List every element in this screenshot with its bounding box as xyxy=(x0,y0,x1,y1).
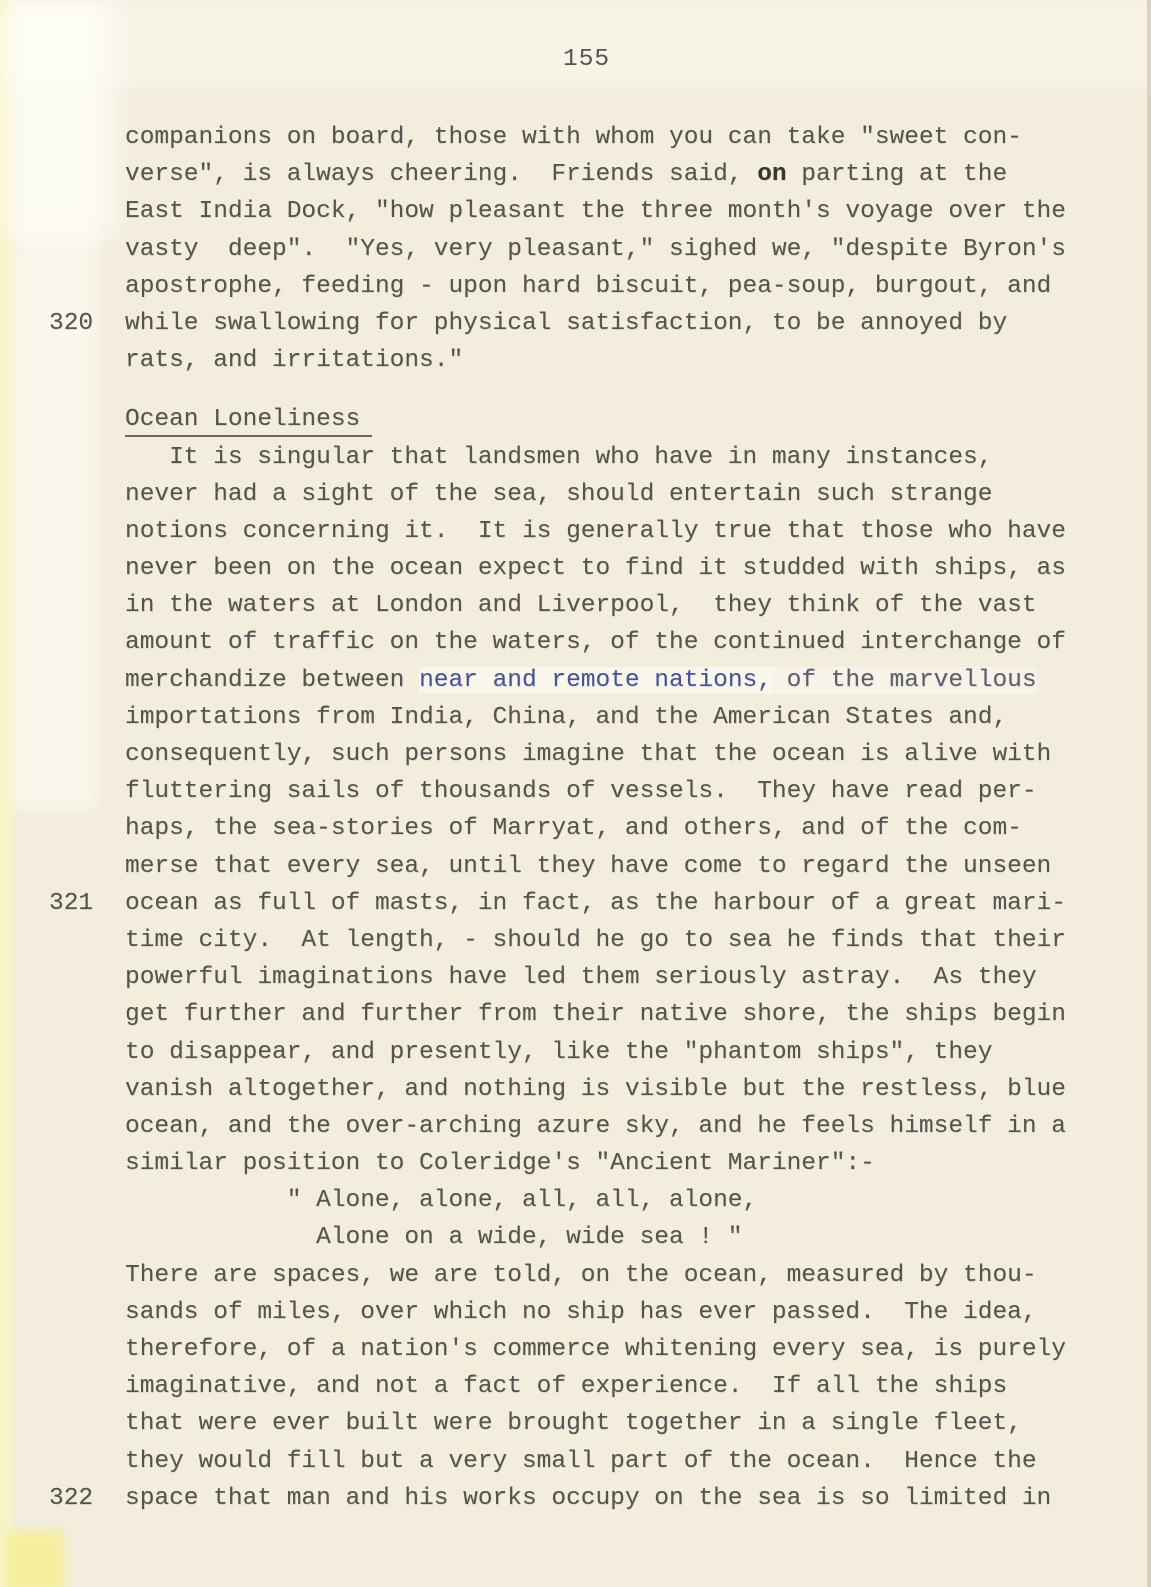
text-line: amount of traffic on the waters, of the … xyxy=(125,624,1115,661)
text-line: " Alone, alone, all, all, alone, xyxy=(125,1182,1115,1219)
section-heading: Ocean Loneliness xyxy=(125,406,372,437)
text-segment: fluttering sails of thousands of vessels… xyxy=(125,778,1037,805)
text-segment: powerful imaginations have led them seri… xyxy=(125,964,1037,991)
text-line: to disappear, and presently, like the "p… xyxy=(125,1034,1115,1071)
text-line: that were ever built were brought togeth… xyxy=(125,1405,1115,1442)
text-segment-emph: on xyxy=(757,161,786,188)
text-segment: to disappear, and presently, like the "p… xyxy=(125,1039,992,1066)
text-line: apostrophe, feeding - upon hard biscuit,… xyxy=(125,268,1115,305)
text-segment: Alone on a wide, wide sea ! " xyxy=(316,1224,742,1251)
text-segment: rats, and irritations." xyxy=(125,347,463,374)
text-segment: merse that every sea, until they have co… xyxy=(125,853,1051,880)
text-line: Alone on a wide, wide sea ! " xyxy=(125,1219,1115,1256)
text-line: never been on the ocean expect to find i… xyxy=(125,550,1115,587)
text-segment: vasty deep". "Yes, very pleasant," sighe… xyxy=(125,236,1066,263)
text-segment-blue: near and remote nations, xyxy=(419,667,772,694)
text-segment: parting at the xyxy=(787,161,1008,188)
text-line: 320while swallowing for physical satisfa… xyxy=(125,305,1115,342)
text-line: merchandize between near and remote nati… xyxy=(125,662,1115,699)
text-line: merse that every sea, until they have co… xyxy=(125,848,1115,885)
text-line: they would fill but a very small part of… xyxy=(125,1443,1115,1480)
text-line: time city. At length, - should he go to … xyxy=(125,922,1115,959)
page-number: 155 xyxy=(563,46,610,73)
text-line: importations from India, China, and the … xyxy=(125,699,1115,736)
paragraph-gap xyxy=(125,379,1115,401)
text-line: imaginative, and not a fact of experienc… xyxy=(125,1368,1115,1405)
text-line: ocean, and the over-arching azure sky, a… xyxy=(125,1108,1115,1145)
text-segment: therefore, of a nation's commerce whiten… xyxy=(125,1336,1066,1363)
text-segment: importations from India, China, and the … xyxy=(125,704,1007,731)
text-line: It is singular that landsmen who have in… xyxy=(125,439,1115,476)
paper-top-sheen xyxy=(0,0,1151,90)
text-line: fluttering sails of thousands of vessels… xyxy=(125,773,1115,810)
margin-number: 321 xyxy=(49,885,93,922)
text-line: in the waters at London and Liverpool, t… xyxy=(125,587,1115,624)
text-line: East India Dock, "how pleasant the three… xyxy=(125,193,1115,230)
text-segment: sands of miles, over which no ship has e… xyxy=(125,1299,1037,1326)
paper-right-edge xyxy=(1147,0,1151,1587)
text-segment: " Alone, alone, all, all, alone, xyxy=(287,1187,757,1214)
text-segment: ocean, and the over-arching azure sky, a… xyxy=(125,1113,1066,1140)
text-segment: ocean as full of masts, in fact, as the … xyxy=(125,890,1066,917)
text-segment: amount of traffic on the waters, of the … xyxy=(125,629,1066,656)
text-line: never had a sight of the sea, should ent… xyxy=(125,476,1115,513)
text-line: notions concerning it. It is generally t… xyxy=(125,513,1115,550)
section-heading-line: Ocean Loneliness xyxy=(125,401,1115,438)
margin-number: 322 xyxy=(49,1480,93,1517)
text-segment: get further and further from their nativ… xyxy=(125,1001,1066,1028)
text-segment: merchandize between xyxy=(125,667,419,694)
text-line: There are spaces, we are told, on the oc… xyxy=(125,1257,1115,1294)
text-line: get further and further from their nativ… xyxy=(125,996,1115,1033)
text-segment: East India Dock, "how pleasant the three… xyxy=(125,198,1066,225)
text-segment: while swallowing for physical satisfacti… xyxy=(125,310,1007,337)
text-segment: notions concerning it. It is generally t… xyxy=(125,518,1066,545)
margin-number: 320 xyxy=(49,305,93,342)
text-line: companions on board, those with whom you… xyxy=(125,119,1115,156)
text-line: 321ocean as full of masts, in fact, as t… xyxy=(125,885,1115,922)
text-segment: imaginative, and not a fact of experienc… xyxy=(125,1373,1007,1400)
text-segment: haps, the sea-stories of Marryat, and ot… xyxy=(125,815,1022,842)
text-line: similar position to Coleridge's "Ancient… xyxy=(125,1145,1115,1182)
text-segment: that were ever built were brought togeth… xyxy=(125,1410,1022,1437)
text-line: therefore, of a nation's commerce whiten… xyxy=(125,1331,1115,1368)
text-line: verse", is always cheering. Friends said… xyxy=(125,156,1115,193)
text-segment: apostrophe, feeding - upon hard biscuit,… xyxy=(125,273,1051,300)
text-segment: There are spaces, we are told, on the oc… xyxy=(125,1262,1037,1289)
text-line: vanish altogether, and nothing is visibl… xyxy=(125,1071,1115,1108)
text-segment: never been on the ocean expect to find i… xyxy=(125,555,1066,582)
text-line: consequently, such persons imagine that … xyxy=(125,736,1115,773)
text-segment: consequently, such persons imagine that … xyxy=(125,741,1051,768)
text-line: sands of miles, over which no ship has e… xyxy=(125,1294,1115,1331)
text-segment: verse", is always cheering. Friends said… xyxy=(125,161,757,188)
text-body: companions on board, those with whom you… xyxy=(125,119,1115,1517)
text-segment: never had a sight of the sea, should ent… xyxy=(125,481,992,508)
text-segment: similar position to Coleridge's "Ancient… xyxy=(125,1150,875,1177)
text-line: powerful imaginations have led them seri… xyxy=(125,959,1115,996)
text-segment: space that man and his works occupy on t… xyxy=(125,1485,1051,1512)
text-segment: time city. At length, - should he go to … xyxy=(125,927,1066,954)
paper-corner-stain xyxy=(6,1531,64,1587)
text-line: rats, and irritations." xyxy=(125,342,1115,379)
text-segment: in the waters at London and Liverpool, t… xyxy=(125,592,1037,619)
text-segment: they would fill but a very small part of… xyxy=(125,1448,1037,1475)
text-segment: It is singular that landsmen who have in… xyxy=(169,444,992,471)
text-segment: companions on board, those with whom you… xyxy=(125,124,1022,151)
text-line: vasty deep". "Yes, very pleasant," sighe… xyxy=(125,231,1115,268)
text-segment: vanish altogether, and nothing is visibl… xyxy=(125,1076,1066,1103)
text-line: 322space that man and his works occupy o… xyxy=(125,1480,1115,1517)
text-segment-wash: of the marvellous xyxy=(772,667,1037,694)
text-line: haps, the sea-stories of Marryat, and ot… xyxy=(125,810,1115,847)
